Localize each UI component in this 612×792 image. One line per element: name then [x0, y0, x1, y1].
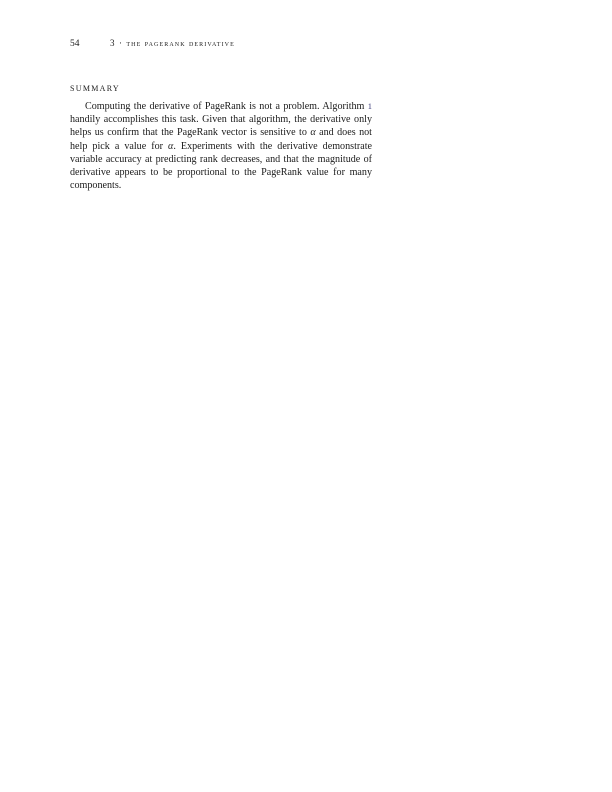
section-heading: Summary	[70, 84, 120, 94]
running-head: 543 · The PageRank Derivative	[70, 37, 235, 50]
algorithm-reference-link[interactable]: 1	[368, 101, 372, 111]
page-number: 54	[70, 38, 110, 50]
paragraph-text: Computing the derivative of PageRank is …	[85, 101, 368, 112]
summary-paragraph: Computing the derivative of PageRank is …	[70, 100, 372, 192]
chapter-title: 3 · The PageRank Derivative	[110, 37, 235, 49]
